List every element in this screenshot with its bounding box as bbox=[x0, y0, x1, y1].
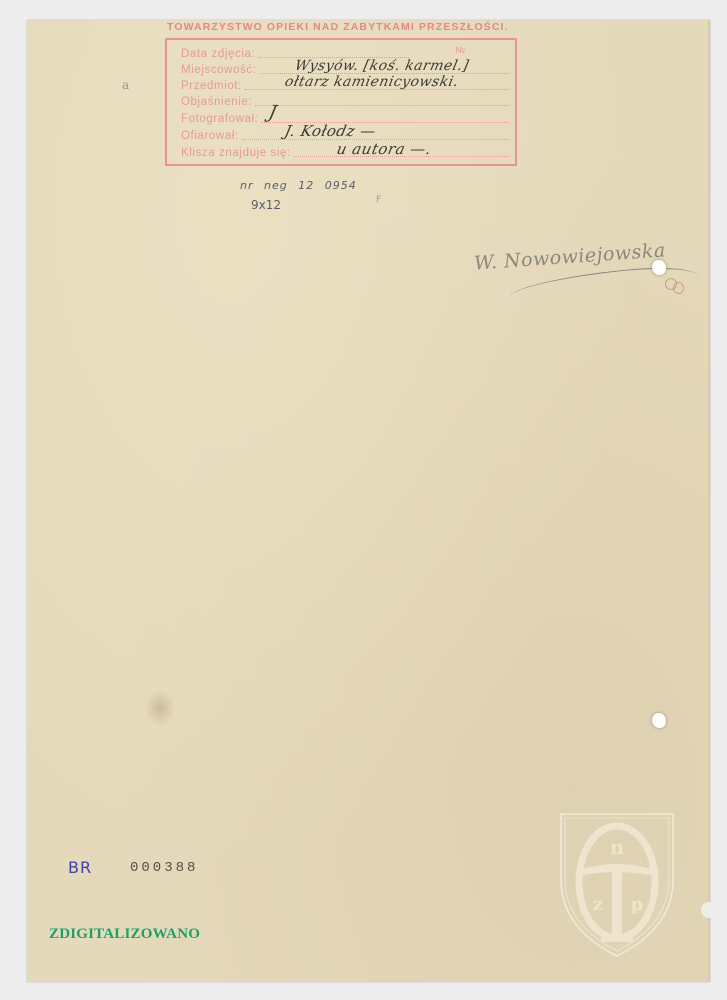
stamp-label: Ofiarował: bbox=[181, 130, 239, 142]
binder-notch bbox=[701, 902, 717, 918]
paper-hole bbox=[652, 260, 666, 275]
svg-text:n: n bbox=[610, 835, 625, 859]
stamp-label: Fotografował: bbox=[181, 113, 258, 125]
stamp-label: Przedmiot: bbox=[181, 80, 242, 92]
paper-edge bbox=[708, 20, 710, 982]
archive-card: a TOWARZYSTWO OPIEKI NAD ZABYTKAMI PRZES… bbox=[27, 20, 710, 982]
format-suffix: F bbox=[376, 195, 381, 205]
svg-text:p: p bbox=[631, 894, 644, 915]
br-mark: BR bbox=[68, 858, 92, 877]
stamp-label: Miejscowość: bbox=[181, 64, 257, 76]
stamp-label: Klisza znajduje się: bbox=[181, 147, 291, 159]
paper-stain bbox=[145, 690, 175, 726]
negative-number-note: nr neg 12 0954 bbox=[240, 179, 357, 192]
format-note: 9x12 bbox=[251, 198, 281, 212]
handwritten-place: Wysyów. [koś. karmel.] bbox=[293, 58, 470, 74]
digitized-stamp: ZDIGITALIZOWANO bbox=[49, 926, 200, 943]
stamp-frame: № Data zdjęcia: Miejscowość: Przedmiot: … bbox=[165, 38, 517, 166]
handwritten-plate-location: u autora —. bbox=[335, 140, 433, 158]
stamp-label: Objaśnienie: bbox=[181, 96, 252, 108]
handwritten-donor: J. Kołodz — bbox=[283, 122, 378, 140]
stamp-header: TOWARZYSTWO OPIEKI NAD ZABYTKAMI PRZESZŁ… bbox=[167, 21, 547, 35]
inventory-number: 000388 bbox=[130, 860, 198, 876]
tonzp-shield-monogram-icon: n z p bbox=[557, 810, 677, 960]
stamp-number-label: № bbox=[455, 45, 465, 55]
stamp-label: Data zdjęcia: bbox=[181, 48, 255, 60]
stamp-field-description: Objaśnienie: bbox=[181, 92, 509, 108]
paper-hole bbox=[652, 713, 666, 728]
svg-text:z: z bbox=[593, 894, 603, 915]
corner-mark: a bbox=[122, 78, 129, 92]
handwritten-subject: ołtarz kamienicyowski. bbox=[283, 74, 460, 90]
rust-mark bbox=[673, 282, 684, 294]
dotted-line bbox=[255, 104, 509, 106]
